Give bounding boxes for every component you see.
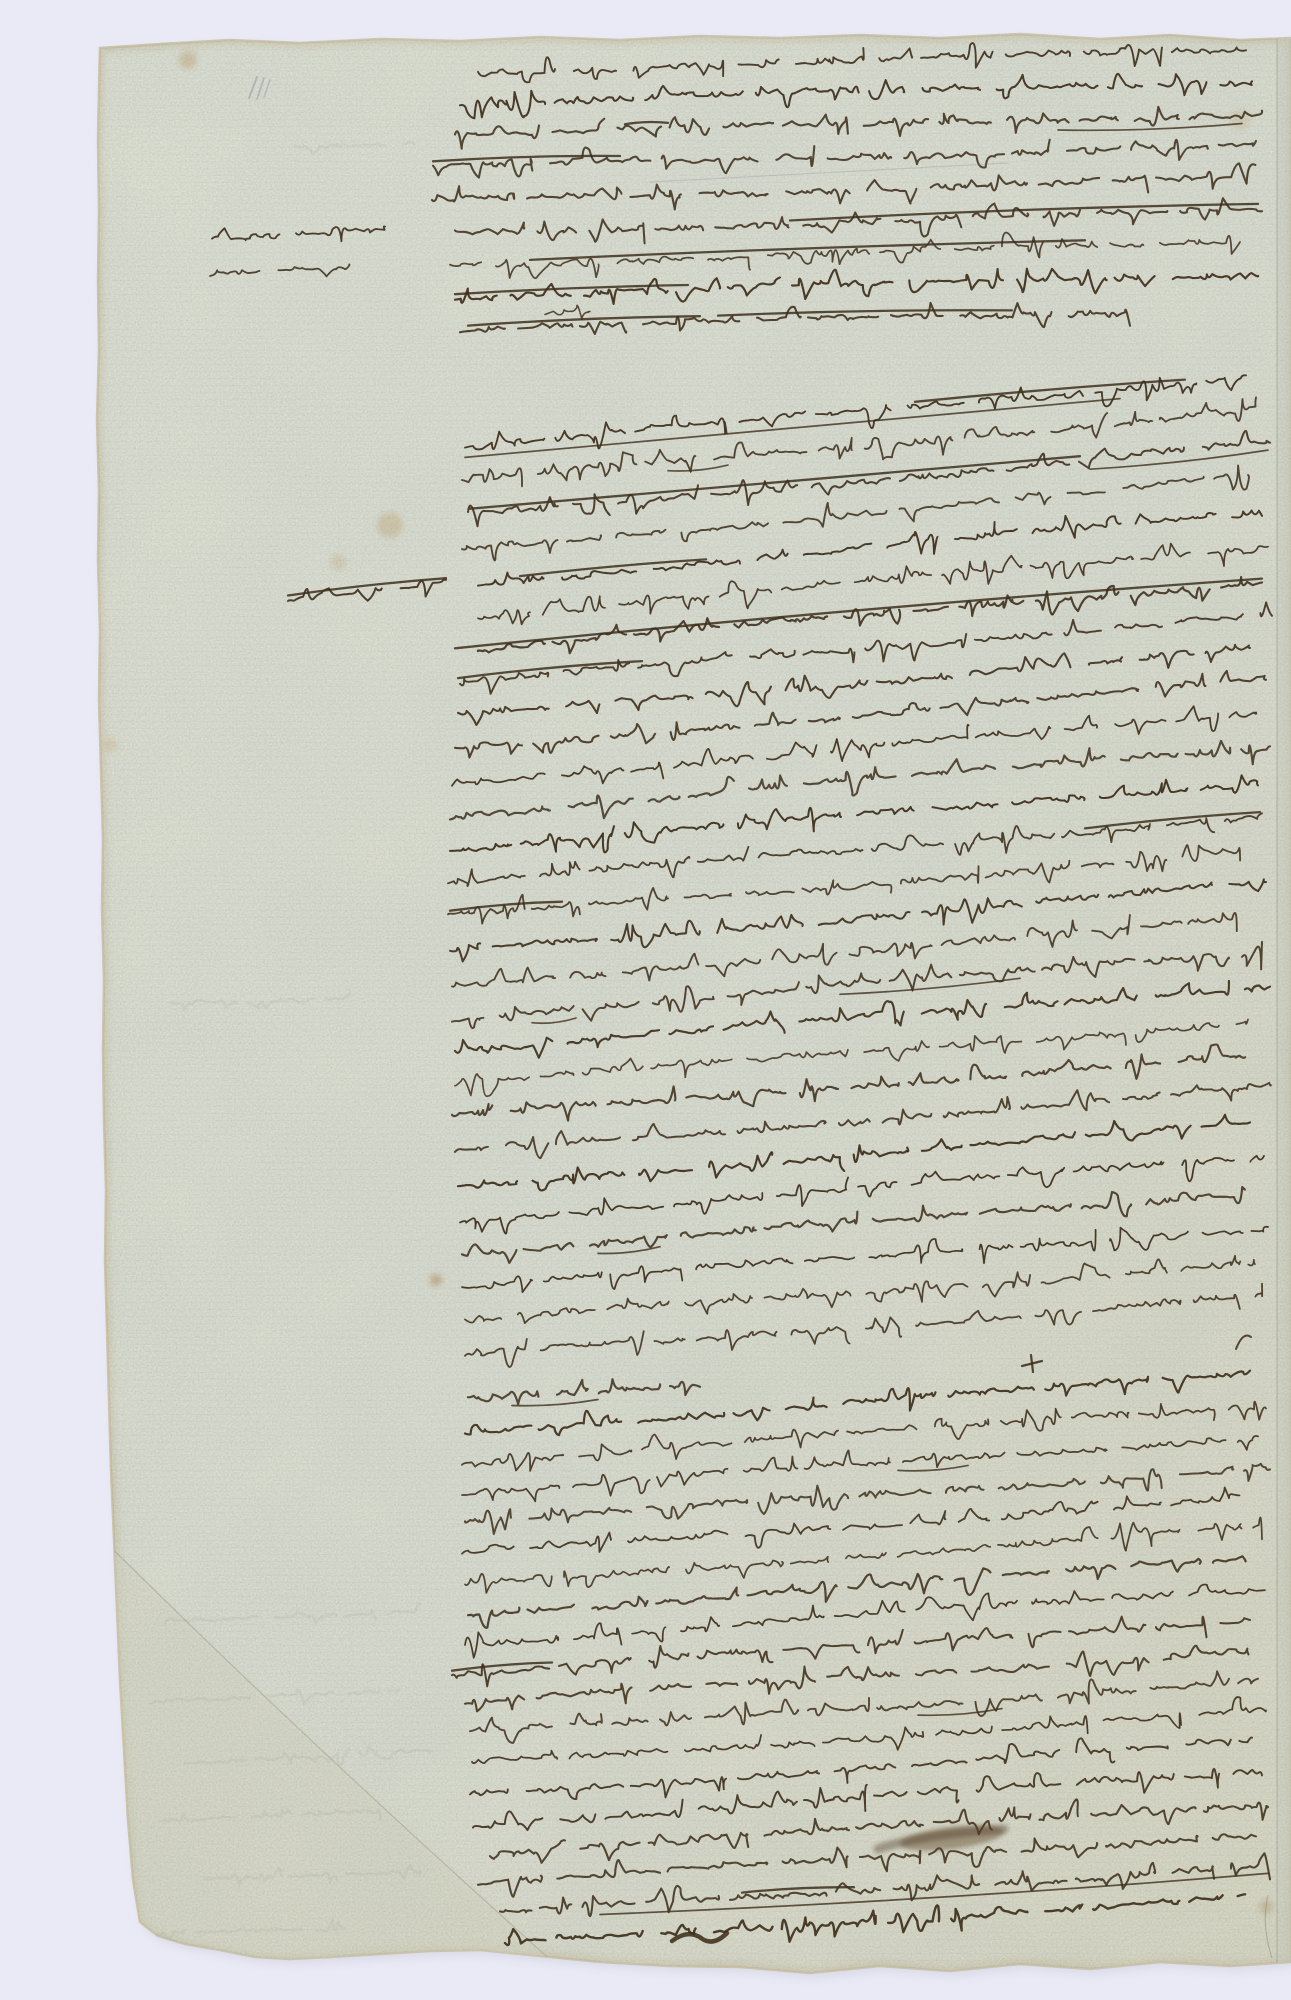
- scanned-manuscript-page: Scanned page of a handwritten manuscript…: [0, 0, 1291, 2000]
- manuscript-render: [0, 0, 1291, 2000]
- paper-surface: [0, 0, 1291, 2000]
- paper-grain: [0, 0, 1291, 2000]
